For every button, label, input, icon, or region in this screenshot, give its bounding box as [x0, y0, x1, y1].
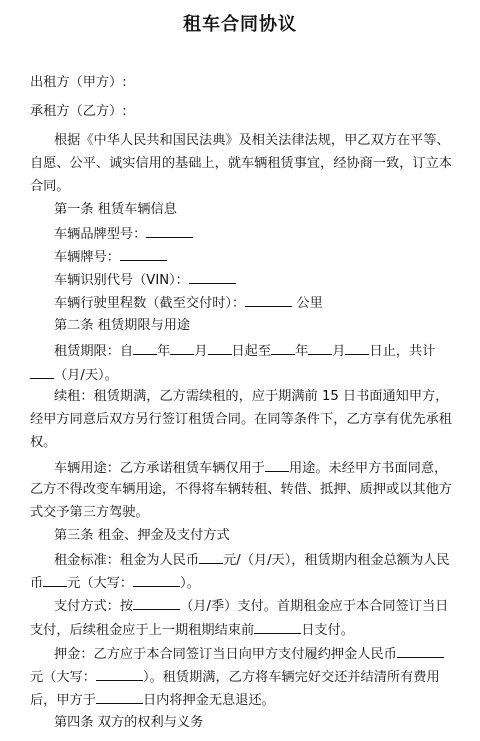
renewal-line-3: 权。 — [30, 435, 450, 451]
payment-label: 支付方式：按 — [54, 599, 133, 614]
from-year-blank[interactable] — [133, 342, 157, 355]
deposit-amount-blank[interactable] — [397, 645, 444, 658]
preamble-line-3: 合同。 — [30, 179, 450, 195]
currency-label: 币 — [30, 576, 43, 591]
deposit-words-label: 元（大写： — [30, 670, 96, 685]
renewal-line-1: 续租：租赁期满，乙方需续租的，应于期满前 15 日书面通知甲方， — [54, 389, 450, 405]
usage-line-2: 乙方不得改变车辆用途，不得将车辆转租、转借、抵押、质押或以其他方 — [30, 482, 450, 498]
year-label: 年 — [157, 344, 170, 359]
lessor-line: 出租方（甲方）: — [30, 75, 450, 91]
rent-label: 租金标准：租金为人民币 — [54, 553, 199, 568]
deposit-line-3: 后，甲方于日内将押金无息退还。 — [30, 691, 450, 709]
brand-field: 车辆品牌型号： — [54, 225, 450, 243]
year-label: 年 — [295, 344, 308, 359]
payment-text: （月/季）支付。首期租金应于本合同签订当日 — [180, 599, 448, 614]
plate-blank[interactable] — [120, 248, 167, 261]
payment-text-2: 支付，后续租金应于上一期租期结束前 — [30, 623, 254, 638]
vin-field: 车辆识别代号（VIN）： — [54, 271, 450, 289]
rent-line-2: 币元（大写：）。 — [30, 574, 450, 592]
from-day-blank[interactable] — [208, 342, 232, 355]
term-line-2: （月/天）。 — [30, 366, 450, 384]
day-to-label: 日止，共计 — [369, 344, 435, 359]
rent-text: 元/（月/天），租赁期内租金总额为人民 — [223, 553, 449, 568]
payment-period-blank[interactable] — [133, 597, 180, 610]
vin-label: 车辆识别代号（VIN）： — [54, 273, 189, 288]
vin-blank[interactable] — [189, 271, 236, 284]
deposit-words-blank[interactable] — [96, 668, 143, 681]
deposit-line-1: 押金：乙方应于本合同签订当日向甲方支付履约押金人民币 — [54, 645, 450, 663]
rent-total-blank[interactable] — [43, 574, 67, 587]
deposit-text: ）。租赁期满，乙方将车辆完好交还并结清所有费用 — [143, 670, 440, 685]
document-title: 租车合同协议 — [0, 10, 480, 36]
mileage-unit: 公里 — [296, 296, 322, 311]
lessee-line: 承租方（乙方）: — [30, 104, 450, 120]
total-term-blank[interactable] — [30, 366, 54, 379]
month-label: 月 — [332, 344, 345, 359]
payment-line-2: 支付，后续租金应于上一期租期结束前日支付。 — [30, 621, 450, 639]
close-paren: ）。 — [180, 576, 200, 591]
payment-line-1: 支付方式：按（月/季）支付。首期租金应于本合同签订当日 — [54, 597, 450, 615]
term-unit: （月/天）。 — [54, 368, 118, 383]
to-day-blank[interactable] — [345, 342, 369, 355]
deposit-text-3: 日内将押金无息退还。 — [143, 693, 275, 708]
term-line-1: 租赁期限：自年月日起至年月日止，共计 — [54, 342, 450, 360]
usage-label: 车辆用途：乙方承诺租赁车辆仅用于 — [54, 461, 265, 476]
usage-line-1: 车辆用途：乙方承诺租赁车辆仅用于用途。未经甲方书面同意， — [54, 459, 450, 477]
amount-words-label: 元（大写： — [67, 576, 133, 591]
month-label: 月 — [194, 344, 207, 359]
deposit-days-blank[interactable] — [96, 691, 143, 704]
from-month-blank[interactable] — [170, 342, 194, 355]
deposit-label: 押金：乙方应于本合同签订当日向甲方支付履约押金人民币 — [54, 647, 397, 662]
to-year-blank[interactable] — [271, 342, 295, 355]
deposit-text-2: 后，甲方于 — [30, 693, 96, 708]
mileage-blank[interactable] — [245, 294, 292, 307]
article3-heading: 第三条 租金、押金及支付方式 — [54, 528, 450, 544]
article1-heading: 第一条 租赁车辆信息 — [54, 202, 450, 218]
payment-days-blank[interactable] — [254, 621, 301, 634]
article2-heading: 第二条 租赁期限与用途 — [54, 318, 450, 334]
rent-words-blank[interactable] — [133, 574, 180, 587]
day-from-label: 日起至 — [232, 344, 272, 359]
rent-line-1: 租金标准：租金为人民币元/（月/天），租赁期内租金总额为人民 — [54, 551, 450, 569]
brand-blank[interactable] — [146, 225, 193, 238]
usage-line-3: 式交予第三方驾驶。 — [30, 505, 450, 521]
payment-text-3: 日支付。 — [301, 623, 354, 638]
brand-label: 车辆品牌型号： — [54, 227, 146, 242]
plate-label: 车辆牌号： — [54, 250, 120, 265]
mileage-field: 车辆行驶里程数（截至交付时）： 公里 — [54, 294, 450, 312]
usage-blank[interactable] — [265, 459, 289, 472]
renewal-line-2: 经甲方同意后双方另行签订租赁合同。在同等条件下，乙方享有优先承租 — [30, 412, 450, 428]
rent-rate-blank[interactable] — [199, 551, 223, 564]
plate-field: 车辆牌号： — [54, 248, 450, 266]
preamble-line-1: 根据《中华人民共和国民法典》及相关法律法规，甲乙双方在平等、 — [54, 133, 450, 149]
article4-heading: 第四条 双方的权利与义务 — [54, 715, 450, 731]
to-month-blank[interactable] — [308, 342, 332, 355]
term-from-label: 租赁期限：自 — [54, 344, 133, 359]
usage-text: 用途。未经甲方书面同意， — [289, 461, 447, 476]
mileage-label: 车辆行驶里程数（截至交付时）： — [54, 296, 245, 311]
deposit-line-2: 元（大写：）。租赁期满，乙方将车辆完好交还并结清所有费用 — [30, 668, 450, 686]
preamble-line-2: 自愿、公平、诚实信用的基础上，就车辆租赁事宜，经协商一致，订立本 — [30, 156, 450, 172]
